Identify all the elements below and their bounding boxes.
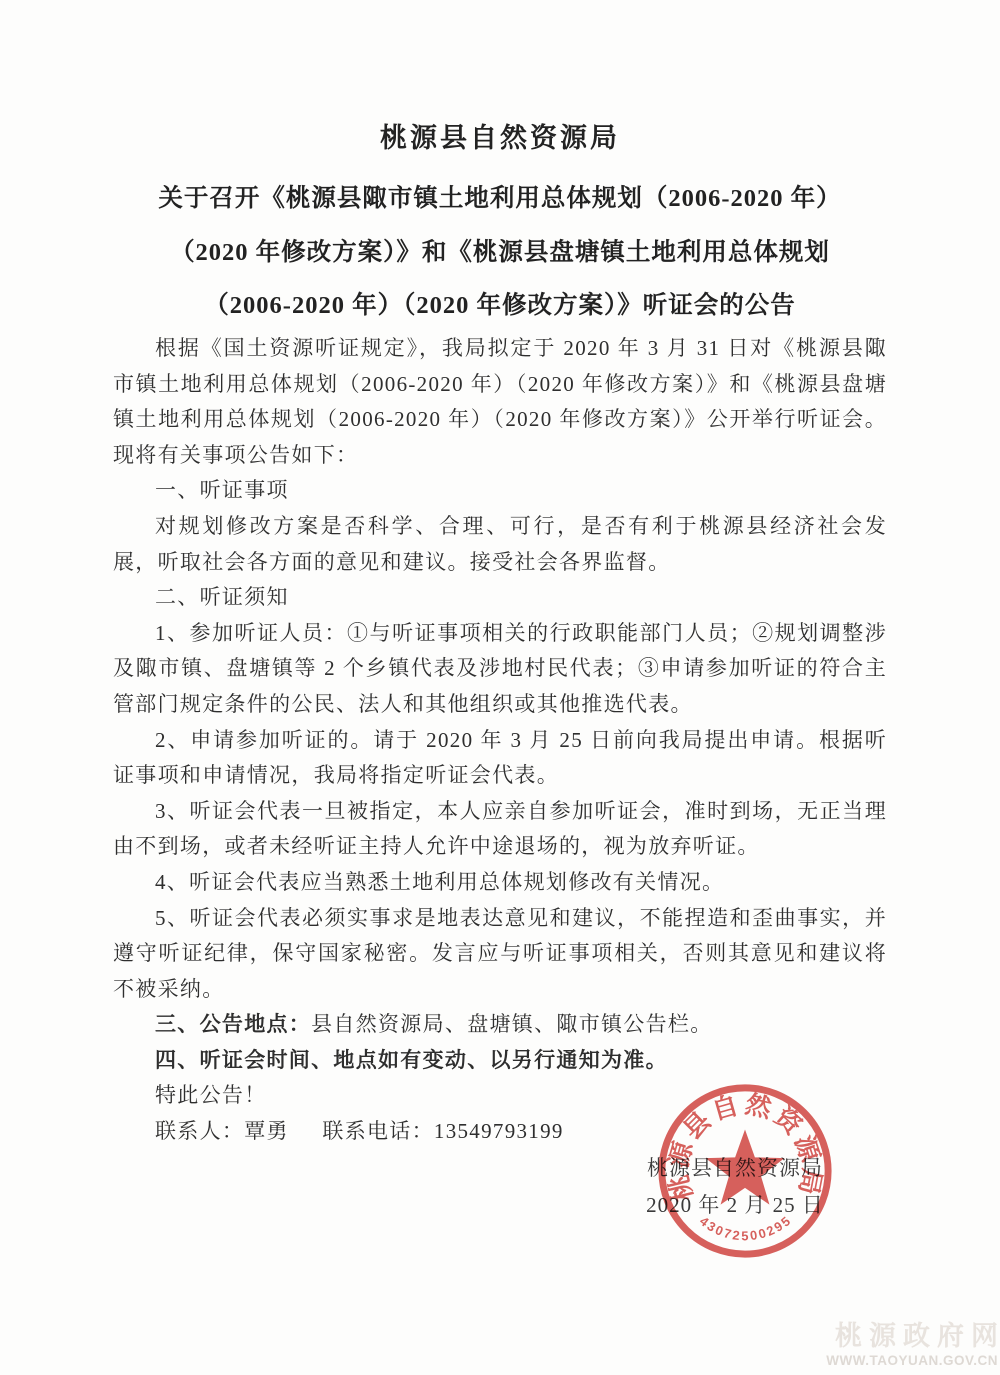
scanned-announcement-page: 桃源县自然资源局 关于召开《桃源县陬市镇土地利用总体规划（2006-2020 年… [0, 0, 1000, 1375]
notice-item-1: 1、参加听证人员：①与听证事项相关的行政职能部门人员；②规划调整涉及陬市镇、盘塘… [113, 616, 887, 723]
doc-title-line-3: （2006-2020 年）（2020 年修改方案）》听证会的公告 [0, 279, 1000, 333]
seal-star-icon [706, 1129, 785, 1204]
notice-item-5: 5、听证会代表必须实事求是地表达意见和建议，不能捏造和歪曲事实，并遵守听证纪律，… [113, 901, 887, 1008]
doc-title: 关于召开《桃源县陬市镇土地利用总体规划（2006-2020 年） （2020 年… [0, 172, 1000, 333]
intro-paragraph: 根据《国土资源听证规定》，我局拟定于 2020 年 3 月 31 日对《桃源县陬… [113, 331, 887, 473]
section-1-text: 对规划修改方案是否科学、合理、可行，是否有利于桃源县经济社会发展，听取社会各方面… [113, 509, 887, 580]
notice-item-2: 2、申请参加听证的。请于 2020 年 3 月 25 日前向我局提出申请。根据听… [113, 723, 887, 794]
section-1-heading: 一、听证事项 [113, 473, 887, 509]
section-2-heading: 二、听证须知 [113, 580, 887, 616]
section-4-line: 四、听证会时间、地点如有变动、以另行通知为准。 [113, 1043, 887, 1079]
contact-person-label: 联系人： [155, 1119, 244, 1143]
watermark-site-url: WWW.TAOYUAN.GOV.CN [826, 1353, 998, 1369]
watermark-site-name: 桃源政府网 [826, 1320, 1000, 1352]
document-body: 根据《国土资源听证规定》，我局拟定于 2020 年 3 月 31 日对《桃源县陬… [113, 331, 887, 1150]
site-watermark: 桃源政府网 WWW.TAOYUAN.GOV.CN [826, 1320, 998, 1369]
notice-item-3: 3、听证会代表一旦被指定，本人应亲自参加听证会，准时到场，无正当理由不到场，或者… [113, 794, 887, 865]
contact-person-name: 覃勇 [244, 1119, 289, 1143]
contact-phone-number: 13549793199 [434, 1119, 564, 1143]
section-3-text: 县自然资源局、盘塘镇、陬市镇公告栏。 [311, 1012, 712, 1036]
doc-title-line-1: 关于召开《桃源县陬市镇土地利用总体规划（2006-2020 年） [0, 172, 1000, 226]
section-3-label: 三、公告地点： [155, 1012, 311, 1036]
org-title: 桃源县自然资源局 [0, 116, 1000, 155]
section-3-line: 三、公告地点：县自然资源局、盘塘镇、陬市镇公告栏。 [113, 1007, 887, 1043]
official-seal: 桃源县自然资源局 4307250029536 [651, 1077, 839, 1265]
contact-phone-label: 联系电话： [322, 1119, 434, 1143]
doc-title-line-2: （2020 年修改方案）》和《桃源县盘塘镇土地利用总体规划 [0, 226, 1000, 280]
notice-item-4: 4、听证会代表应当熟悉土地利用总体规划修改有关情况。 [113, 865, 887, 901]
